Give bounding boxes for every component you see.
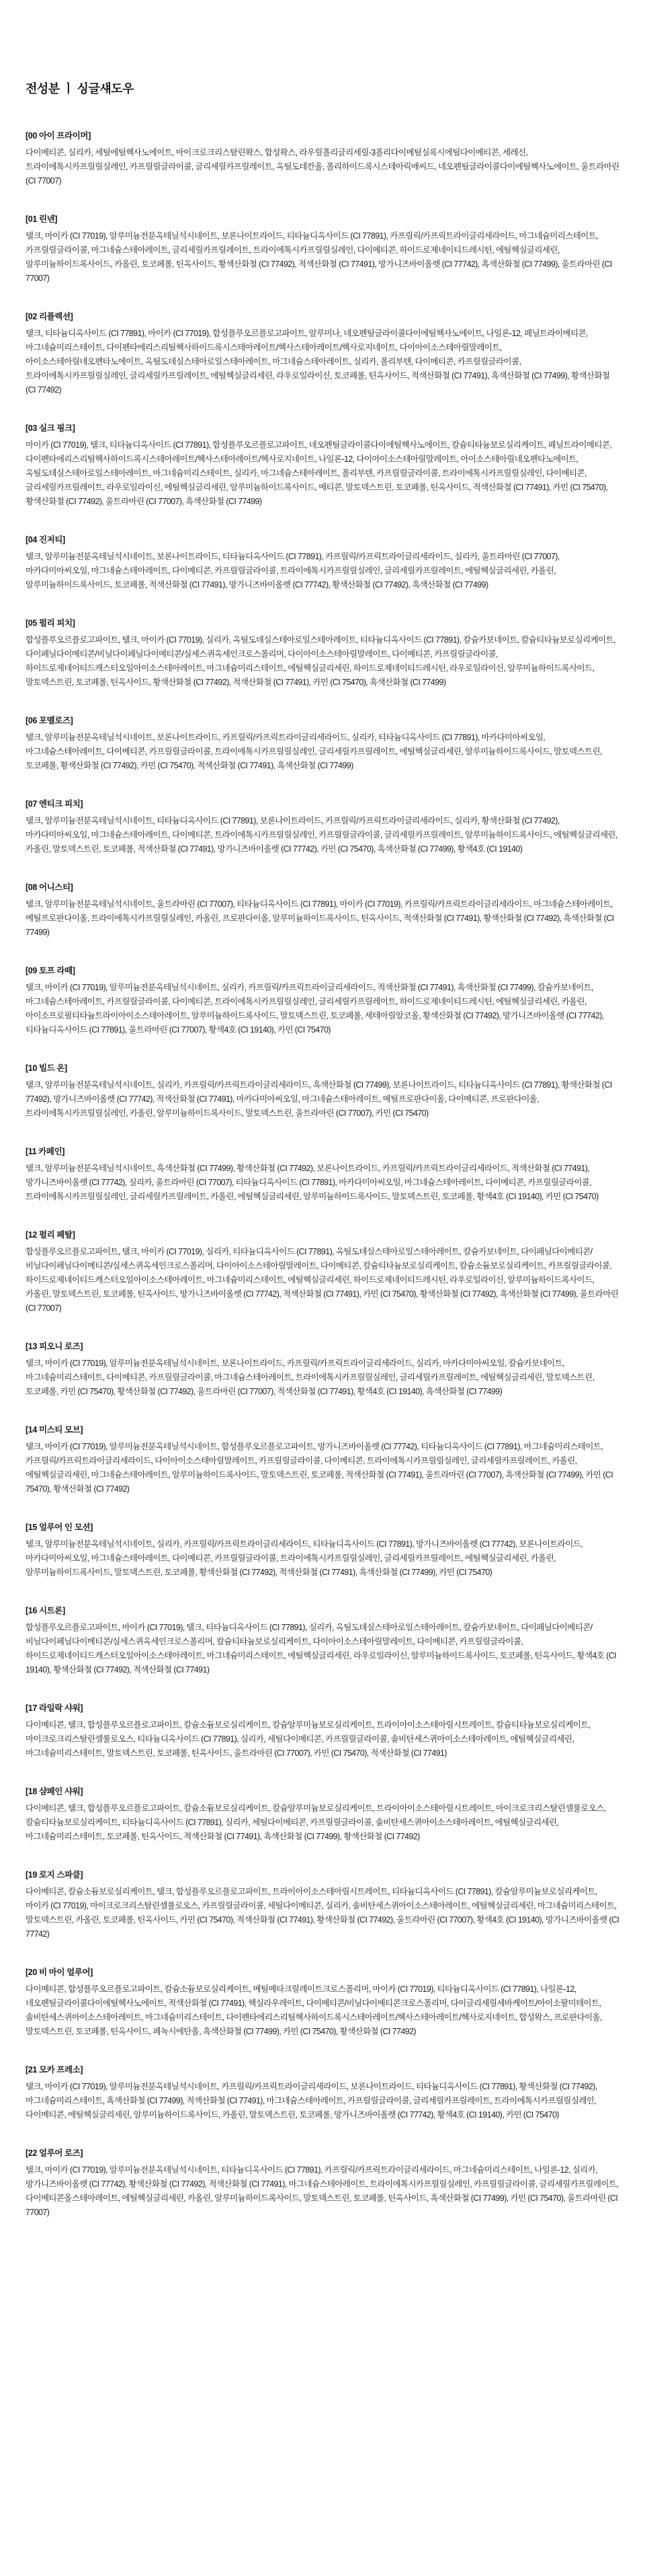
ingredient-list: 다이메티콘, 탤크, 합성플루오르플로고파이트, 칼슘소듐보로실리케이트, 칼슘… (26, 1802, 619, 1844)
ingredient-list: 마이카 (CI 77019), 탤크, 티타늄디옥사이드 (CI 77891),… (26, 438, 619, 509)
ingredient-list: 합성플루오르플로고파이트, 탤크, 마이카 (CI 77019), 실리카, 티… (26, 1245, 619, 1316)
ingredient-item-03: [03 실크 핑크] 마이카 (CI 77019), 탤크, 티타늄디옥사이드 … (26, 423, 619, 509)
ingredient-item-10: [10 빌드 온] 탤크, 알루미늄전분옥테닐석시네이트, 실리카, 카프릴릭/… (26, 1063, 619, 1121)
ingredient-list: 탤크, 알루미늄전분옥테닐석시네이트, 실리카, 카프릴릭/카프릭트라이글리세라… (26, 1078, 619, 1121)
ingredient-item-16: [16 시트론] 합성플루오르플로고파이트, 마이카 (CI 77019), 탤… (26, 1605, 619, 1677)
shade-header: [02 리플렉션] (26, 311, 619, 323)
shade-header: [18 샴페인 샤워] (26, 1786, 619, 1798)
ingredient-list: 탤크, 마이카 (CI 77019), 알루미늄전분옥테닐석시네이트, 보론나이… (26, 229, 619, 286)
ingredient-item-06: [06 포멜로즈] 탤크, 알루미늄전분옥테닐석시네이트, 보론나이트라이드, … (26, 715, 619, 773)
shade-header: [19 로지 스파클] (26, 1869, 619, 1881)
shade-header: [15 얼루어 인 모션] (26, 1522, 619, 1533)
shade-header: [14 미스티 모브] (26, 1424, 619, 1436)
ingredient-list: 탤크, 알루미늄전분옥테닐석시네이트, 흑색산화철 (CI 77499), 황색… (26, 1162, 619, 1204)
shade-header: [16 시트론] (26, 1605, 619, 1617)
shade-header: [11 카페인] (26, 1146, 619, 1158)
ingredient-list: 탤크, 마이카 (CI 77019), 알루미늄전분옥테닐석시네이트, 카프릴릭… (26, 2080, 619, 2122)
shade-header: [12 펄리 페탈] (26, 1230, 619, 1241)
shade-header: [01 린넨] (26, 214, 619, 225)
ingredient-list: 탤크, 알루미늄전분옥테닐석시네이트, 보론나이트라이드, 카프릴릭/카프릭트라… (26, 731, 619, 773)
ingredient-item-20: [20 비 마이 얼루어] 다이메티콘, 합성플루오르플로고파이트, 칼슘소듐보… (26, 1967, 619, 2039)
ingredients-page: 전성분 ㅣ 싱글섀도우 [00 아이 프라이머] 다이메티콘, 실리카, 세틸에… (0, 0, 645, 2273)
ingredient-item-05: [05 펄리 피치] 합성플루오르플로고파이트, 탤크, 마이카 (CI 770… (26, 618, 619, 690)
ingredient-item-04: [04 진저티] 탤크, 알루미늄전분옥테닐석시네이트, 보론나이트라이드, 티… (26, 534, 619, 592)
ingredient-list: 탤크, 알루미늄전분옥테닐석시네이트, 실리카, 카프릴릭/카프릭트라이글리세라… (26, 1537, 619, 1580)
ingredient-list: 다이메티콘, 탤크, 합성플루오르플로고파이트, 칼슘소듐보로실리케이트, 칼슘… (26, 1718, 619, 1761)
page-title: 전성분 ㅣ 싱글섀도우 (26, 82, 619, 95)
ingredient-item-09: [09 토프 라떼] 탤크, 마이카 (CI 77019), 알루미늄전분옥테닐… (26, 965, 619, 1037)
shade-header: [07 엔티크 피치] (26, 799, 619, 810)
shade-header: [06 포멜로즈] (26, 715, 619, 727)
ingredient-list: 합성플루오르플로고파이트, 마이카 (CI 77019), 탤크, 티타늄디옥사… (26, 1621, 619, 1677)
ingredient-list: 탤크, 마이카 (CI 77019), 알루미늄전분옥테닐석시네이트, 실리카,… (26, 981, 619, 1037)
ingredient-list: 탤크, 마이카 (CI 77019), 알루미늄전분옥테닐석시네이트, 합성플루… (26, 1440, 619, 1496)
shade-header: [10 빌드 온] (26, 1063, 619, 1074)
shade-header: [04 진저티] (26, 534, 619, 546)
ingredient-list: 탤크, 알루미늄전분옥테닐석시네이트, 보론나이트라이드, 티타늄디옥사이드 (… (26, 550, 619, 592)
ingredient-item-17: [17 라일락 샤워] 다이메티콘, 탤크, 합성플루오르플로고파이트, 칼슘소… (26, 1703, 619, 1761)
ingredient-item-14: [14 미스티 모브] 탤크, 마이카 (CI 77019), 알루미늄전분옥테… (26, 1424, 619, 1496)
shade-header: [05 펄리 피치] (26, 618, 619, 629)
ingredient-list: 탤크, 알루미늄전분옥테닐석시네이트, 울트라마린 (CI 77007), 티타… (26, 897, 619, 940)
shade-header: [21 모카 프레소] (26, 2064, 619, 2076)
shade-header: [13 피오니 로즈] (26, 1341, 619, 1353)
ingredient-list: 탤크, 티타늄디옥사이드 (CI 77891), 마이카 (CI 77019),… (26, 327, 619, 397)
ingredient-item-00: [00 아이 프라이머] 다이메티콘, 실리카, 세틸에틸헥사노에이트, 마이크… (26, 130, 619, 188)
ingredient-item-19: [19 로지 스파클] 다이메티콘, 칼슘소듐보로실리케이트, 탤크, 합성플루… (26, 1869, 619, 1941)
ingredient-list: 탤크, 마이카 (CI 77019), 알루미늄전분옥테닐석시네이트, 티타늄디… (26, 2163, 619, 2220)
shade-header: [09 토프 라떼] (26, 965, 619, 977)
ingredient-item-15: [15 얼루어 인 모션] 탤크, 알루미늄전분옥테닐석시네이트, 실리카, 카… (26, 1522, 619, 1580)
ingredient-item-12: [12 펄리 페탈] 합성플루오르플로고파이트, 탤크, 마이카 (CI 770… (26, 1230, 619, 1316)
ingredient-item-08: [08 어니스티] 탤크, 알루미늄전분옥테닐석시네이트, 울트라마린 (CI … (26, 882, 619, 940)
ingredient-list: 탤크, 알루미늄전분옥테닐석시네이트, 티타늄디옥사이드 (CI 77891),… (26, 814, 619, 856)
ingredient-item-07: [07 엔티크 피치] 탤크, 알루미늄전분옥테닐석시네이트, 티타늄디옥사이드… (26, 799, 619, 856)
ingredient-item-01: [01 린넨] 탤크, 마이카 (CI 77019), 알루미늄전분옥테닐석시네… (26, 214, 619, 286)
ingredient-list: 다이메티콘, 실리카, 세틸에틸헥사노에이트, 마이크로크리스탈린왁스, 합성왁… (26, 146, 619, 188)
shade-header: [22 얼루어 로즈] (26, 2148, 619, 2159)
shade-header: [08 어니스티] (26, 882, 619, 893)
ingredient-item-22: [22 얼루어 로즈] 탤크, 마이카 (CI 77019), 알루미늄전분옥테… (26, 2148, 619, 2220)
ingredient-item-13: [13 피오니 로즈] 탤크, 마이카 (CI 77019), 알루미늄전분옥테… (26, 1341, 619, 1399)
ingredient-item-21: [21 모카 프레소] 탤크, 마이카 (CI 77019), 알루미늄전분옥테… (26, 2064, 619, 2122)
shade-header: [03 실크 핑크] (26, 423, 619, 434)
ingredient-list: 다이메티콘, 칼슘소듐보로실리케이트, 탤크, 합성플루오르플로고파이트, 트라… (26, 1885, 619, 1941)
ingredient-item-18: [18 샴페인 샤워] 다이메티콘, 탤크, 합성플루오르플로고파이트, 칼슘소… (26, 1786, 619, 1844)
ingredient-item-11: [11 카페인] 탤크, 알루미늄전분옥테닐석시네이트, 흑색산화철 (CI 7… (26, 1146, 619, 1204)
ingredient-list: 탤크, 마이카 (CI 77019), 알루미늄전분옥테닐석시네이트, 보론나이… (26, 1357, 619, 1399)
ingredient-list: 다이메티콘, 합성플루오르플로고파이트, 칼슘소듐보로실리케이트, 메틸메타크릴… (26, 1982, 619, 2039)
ingredient-list: 합성플루오르플로고파이트, 탤크, 마이카 (CI 77019), 실리카, 옥… (26, 633, 619, 690)
shade-header: [00 아이 프라이머] (26, 130, 619, 142)
shade-header: [20 비 마이 얼루어] (26, 1967, 619, 1978)
ingredient-item-02: [02 리플렉션] 탤크, 티타늄디옥사이드 (CI 77891), 마이카 (… (26, 311, 619, 397)
shade-header: [17 라일락 샤워] (26, 1703, 619, 1714)
